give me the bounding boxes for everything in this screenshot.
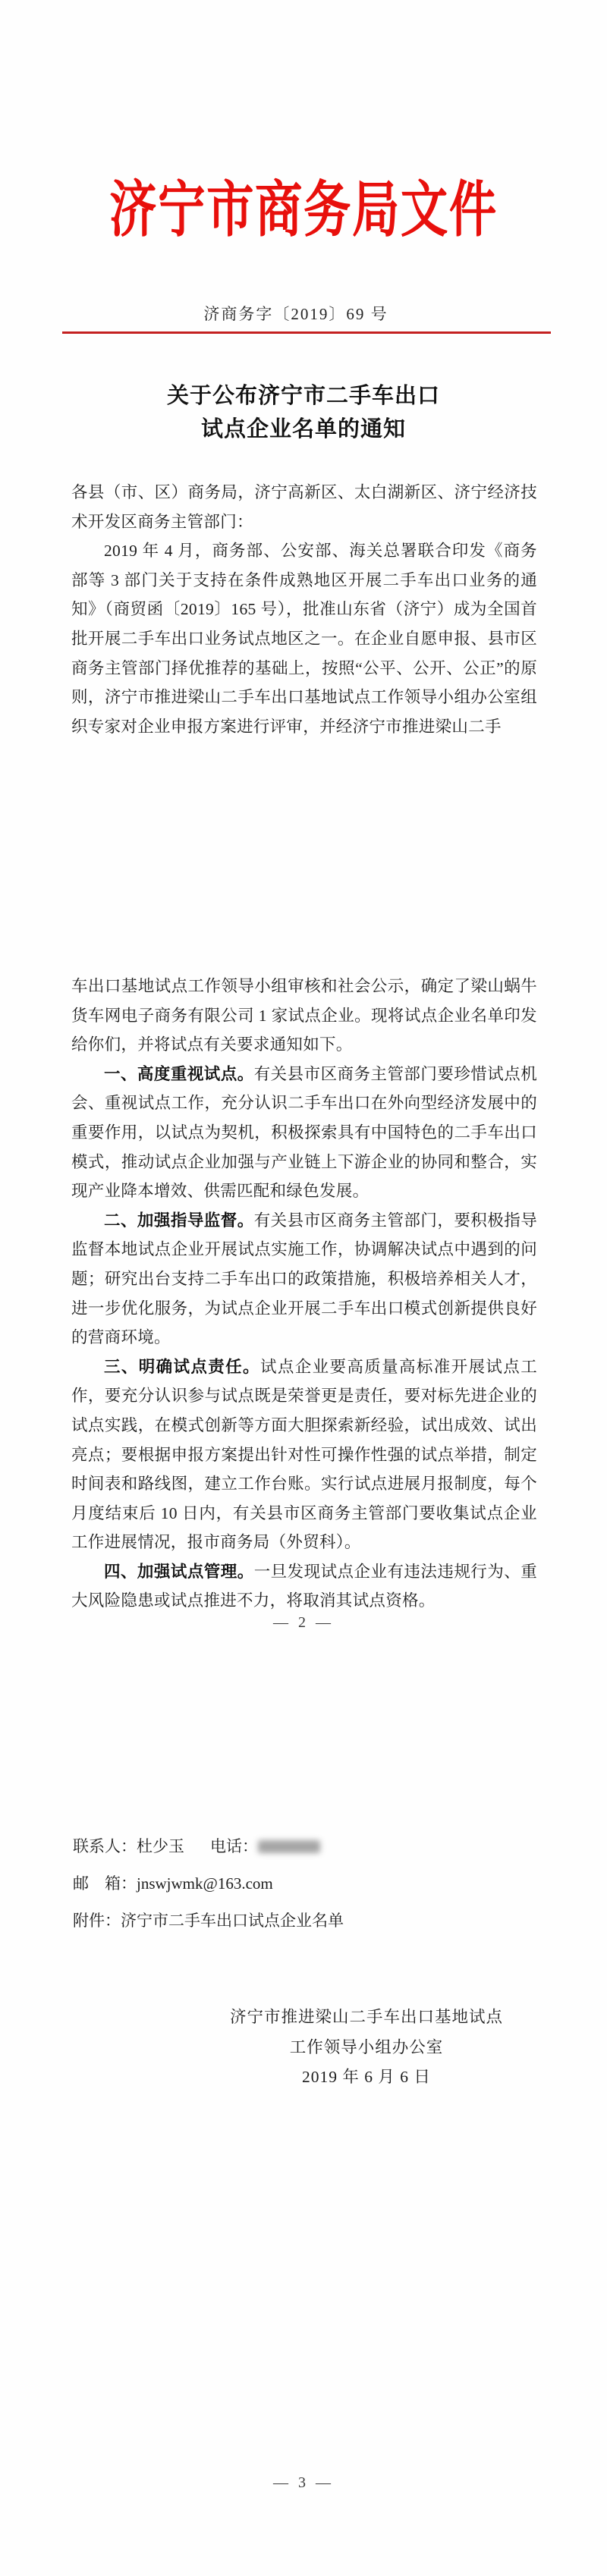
item-1-text: 有关县市区商务主管部门要珍惜试点机会、重视试点工作，充分认识二手车出口在外向型经… [71, 1065, 537, 1200]
document-title: 关于公布济宁市二手车出口 试点企业名单的通知 [0, 379, 607, 446]
signoff-org-line-1: 济宁市推进梁山二手车出口基地试点 [137, 2003, 596, 2033]
title-line-2: 试点企业名单的通知 [0, 413, 607, 446]
item-2-text: 有关县市区商务主管部门，要积极指导监督本地试点企业开展试点实施工作，协调解决试点… [71, 1211, 537, 1346]
item-1: 一、高度重视试点。有关县市区商务主管部门要珍惜试点机会、重视试点工作，充分认识二… [71, 1060, 537, 1206]
red-divider-line [62, 331, 551, 334]
item-1-lead: 一、高度重视试点。 [104, 1065, 254, 1083]
page-number-2: — 2 — [0, 1614, 607, 1632]
item-4: 四、加强试点管理。一旦发现试点企业有违法违规行为、重大风险隐患或试点推进不力，将… [71, 1557, 537, 1616]
body-page-2: 车出口基地试点工作领导小组审核和社会公示，确定了梁山蜗牛货车网电子商务有限公司 … [71, 972, 537, 1616]
signoff-date: 2019 年 6 月 6 日 [137, 2062, 596, 2093]
agency-header-title: 济宁市商务局文件 [67, 173, 540, 249]
contact-email-label: 邮 箱： [73, 1874, 137, 1893]
paragraph-continuation: 车出口基地试点工作领导小组审核和社会公示，确定了梁山蜗牛货车网电子商务有限公司 … [71, 972, 537, 1060]
page-number-3: — 3 — [0, 2474, 607, 2492]
item-3: 三、明确试点责任。试点企业要高质量高标准开展试点工作，要充分认识参与试点既是荣誉… [71, 1352, 537, 1557]
item-3-lead: 三、明确试点责任。 [104, 1358, 260, 1376]
contact-person-name: 杜少玉 [137, 1837, 184, 1855]
document-page: 济宁市商务局文件 济商务字〔2019〕69 号 关于公布济宁市二手车出口 试点企… [0, 0, 607, 2576]
contact-attachment-line: 附件：济宁市二手车出口试点企业名单 [73, 1902, 528, 1940]
attachment-value: 济宁市二手车出口试点企业名单 [121, 1912, 344, 1930]
signoff-block: 济宁市推进梁山二手车出口基地试点 工作领导小组办公室 2019 年 6 月 6 … [137, 2003, 596, 2093]
item-4-lead: 四、加强试点管理。 [104, 1563, 254, 1581]
phone-redacted-blur [258, 1840, 320, 1853]
paragraph-intro: 2019 年 4 月，商务部、公安部、海关总署联合印发《商务部等 3 部门关于支… [71, 536, 537, 741]
body-page-1: 各县（市、区）商务局，济宁高新区、太白湖新区、济宁经济技术开发区商务主管部门： … [71, 478, 537, 741]
item-2-lead: 二、加强指导监督。 [104, 1211, 254, 1230]
document-number: 济商务字〔2019〕69 号 [0, 302, 592, 325]
contact-email-value: jnswjwmk@163.com [137, 1874, 273, 1893]
contact-person-label: 联系人： [73, 1837, 137, 1855]
contact-email-line: 邮 箱：jnswjwmk@163.com [73, 1865, 528, 1902]
title-line-1: 关于公布济宁市二手车出口 [0, 379, 607, 413]
attachment-label: 附件： [73, 1912, 121, 1930]
signoff-org-line-2: 工作领导小组办公室 [137, 2033, 596, 2063]
salutation: 各县（市、区）商务局，济宁高新区、太白湖新区、济宁经济技术开发区商务主管部门： [71, 478, 537, 536]
contact-phone-label: 电话： [210, 1837, 258, 1855]
contact-person-line: 联系人：杜少玉电话： [73, 1828, 528, 1865]
item-2: 二、加强指导监督。有关县市区商务主管部门，要积极指导监督本地试点企业开展试点实施… [71, 1206, 537, 1352]
item-3-text: 试点企业要高质量高标准开展试点工作，要充分认识参与试点既是荣誉更是责任，要对标先… [71, 1358, 537, 1552]
contact-block: 联系人：杜少玉电话： 邮 箱：jnswjwmk@163.com 附件：济宁市二手… [73, 1828, 528, 1940]
